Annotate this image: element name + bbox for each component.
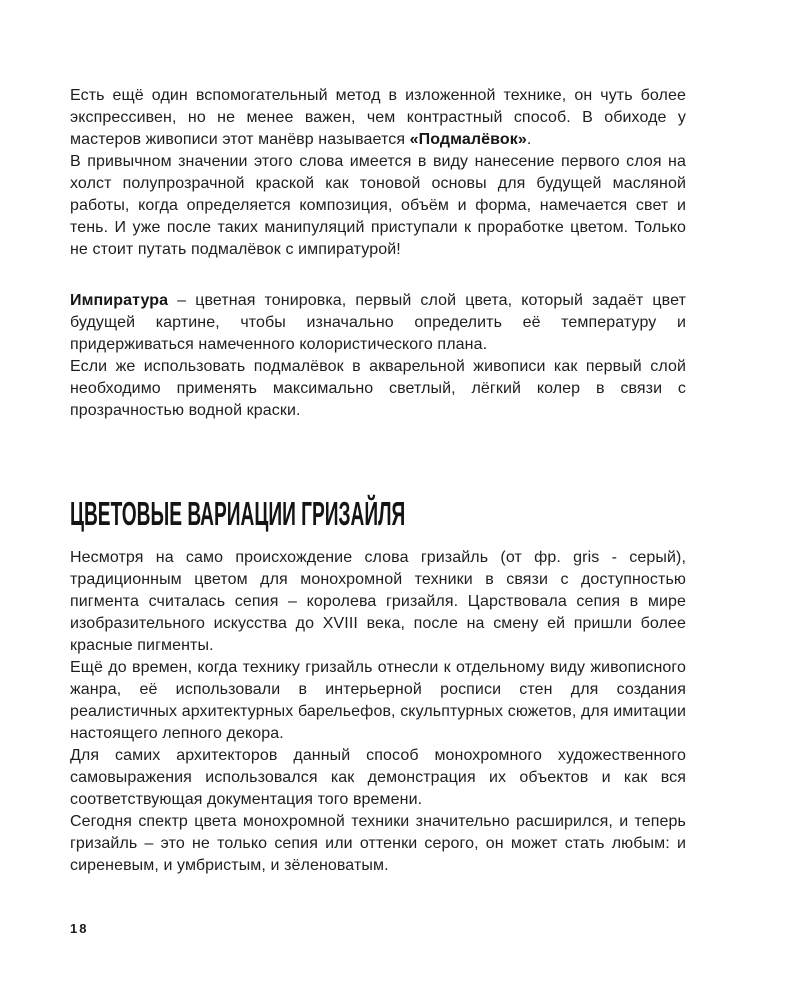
paragraph-sepia-history: Несмотря на само происхождение слова гри… [70, 547, 686, 657]
paragraph-watercolor-note: Если же использовать подмалёвок в акваре… [70, 356, 686, 422]
intro-text: Есть ещё один вспомогательный метод в из… [70, 87, 686, 148]
term-podmalevok: «Подмалёвок» [410, 131, 527, 148]
section-heading-grisaille-variations: ЦВЕТОВЫЕ ВАРИАЦИИ ГРИЗАЙЛЯ [70, 497, 427, 530]
paragraph-interior-painting-use: Ещё до времен, когда технику гризайль от… [70, 657, 686, 745]
paragraph-architects-documentation: Для самих архитекторов данный способ мон… [70, 745, 686, 811]
page-text-column: Есть ещё один вспомогательный метод в из… [70, 85, 686, 877]
term-imprimatura: Импиратура [70, 292, 168, 309]
book-page: Есть ещё один вспомогательный метод в из… [0, 0, 800, 1000]
page-number: 18 [70, 921, 88, 937]
underpainting-intro-section: Есть ещё один вспомогательный метод в из… [70, 85, 686, 261]
paragraph-imprimatura-definition: Импиратура – цветная тонировка, первый с… [70, 290, 686, 356]
grisaille-variations-section: Несмотря на само происхождение слова гри… [70, 547, 686, 877]
imprimatura-definition-section: Импиратура – цветная тонировка, первый с… [70, 290, 686, 422]
paragraph-modern-color-spectrum: Сегодня спектр цвета монохромной техники… [70, 811, 686, 877]
paragraph-underpainting-intro: Есть ещё один вспомогательный метод в из… [70, 85, 686, 151]
intro-text-end: . [527, 131, 532, 148]
paragraph-underpainting-meaning: В привычном значении этого слова имеется… [70, 151, 686, 261]
